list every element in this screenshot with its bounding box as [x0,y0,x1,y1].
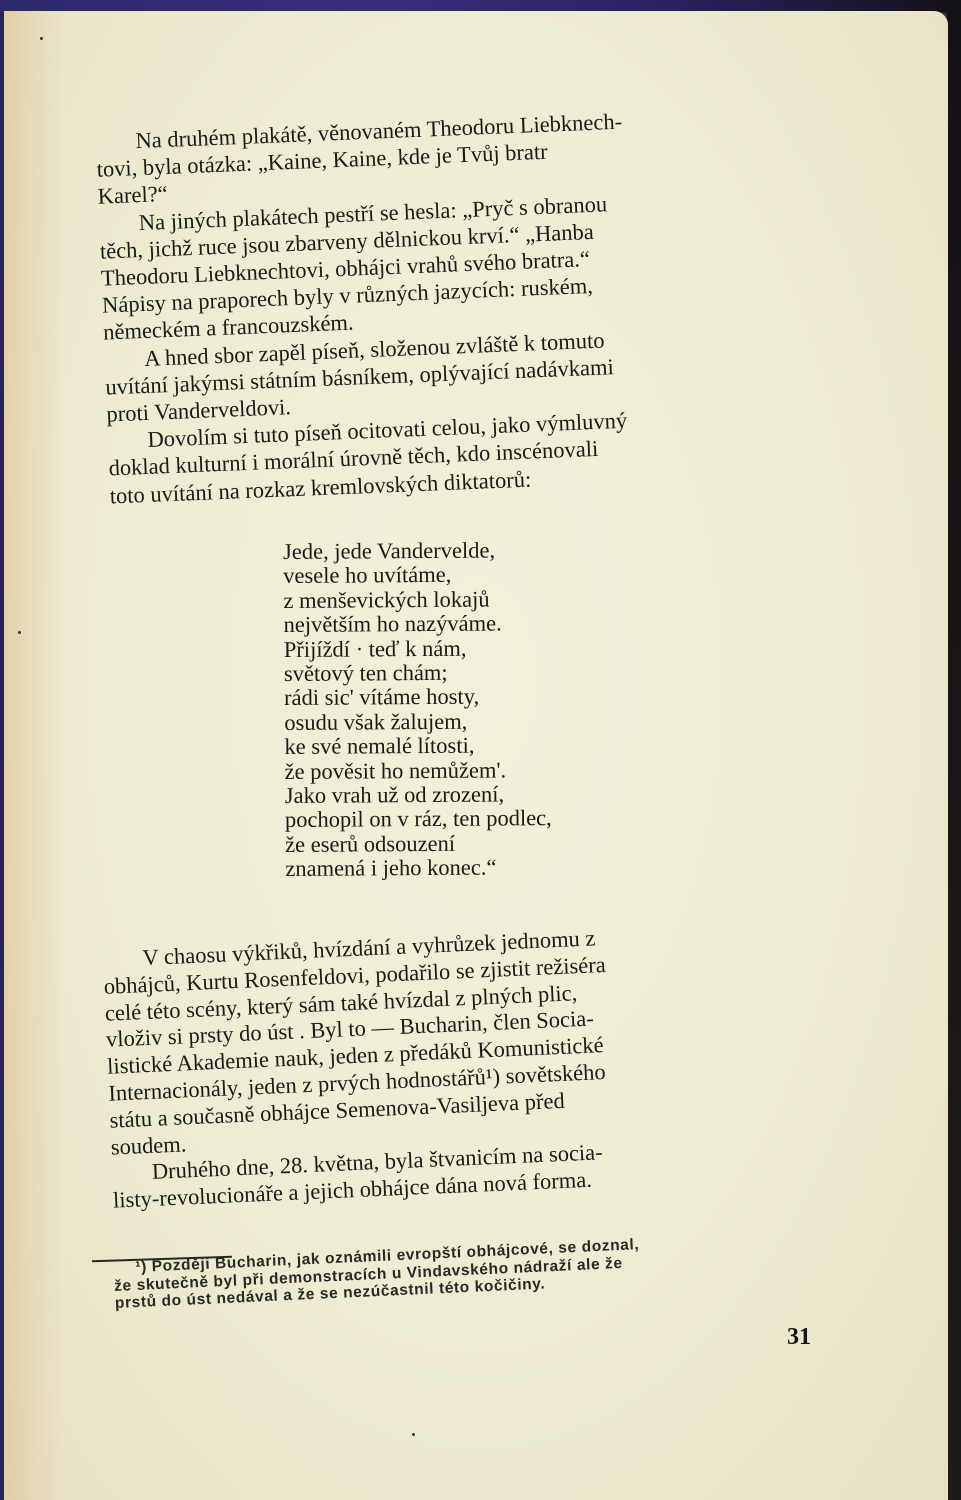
poem-line: z menševických lokajů [283,586,743,614]
text-line: Karel?“ [97,181,168,209]
paper-speck [18,631,21,634]
poem-line: světový ten chám; [284,659,744,687]
poem-line: znamená i jeho konec.“ [285,854,745,882]
poem-line: Přijíždí · teď k nám, [284,634,744,662]
paper-speck [412,1433,415,1436]
poem-line: osudu však žalujem, [284,708,744,736]
poem-line: rádi sic' vítáme hosty, [284,683,744,711]
paper-speck [40,37,43,40]
poem-quote: Jede, jede Vandervelde, vesele ho uvítám… [283,537,745,882]
poem-line: pochopil on v ráz, ten podlec, [285,805,745,833]
poem-line: že eserů odsouzení [285,830,745,858]
poem-line: Jako vrah už od zrození, [285,781,745,809]
body-text-top: Na druhém plakátě, věnovaném Theodoru Li… [115,100,830,509]
page-number: 31 [787,1324,811,1351]
poem-line: Jede, jede Vandervelde, [283,537,743,565]
paragraph: V chaosu výkřiků, hvízdání a vyhrůzek je… [122,915,831,1160]
poem-line: ke své nemalé lítosti, [284,732,744,760]
poem-line: největším ho nazýváme. [284,610,744,638]
body-text-bottom: V chaosu výkřiků, hvízdání a vyhrůzek je… [122,915,833,1213]
poem-line: že pověsit ho nemůžem'. [285,756,745,784]
text-line: soudem. [110,1131,187,1159]
poem-line: vesele ho uvítáme, [283,561,743,589]
scanner-background-right [947,0,961,1500]
